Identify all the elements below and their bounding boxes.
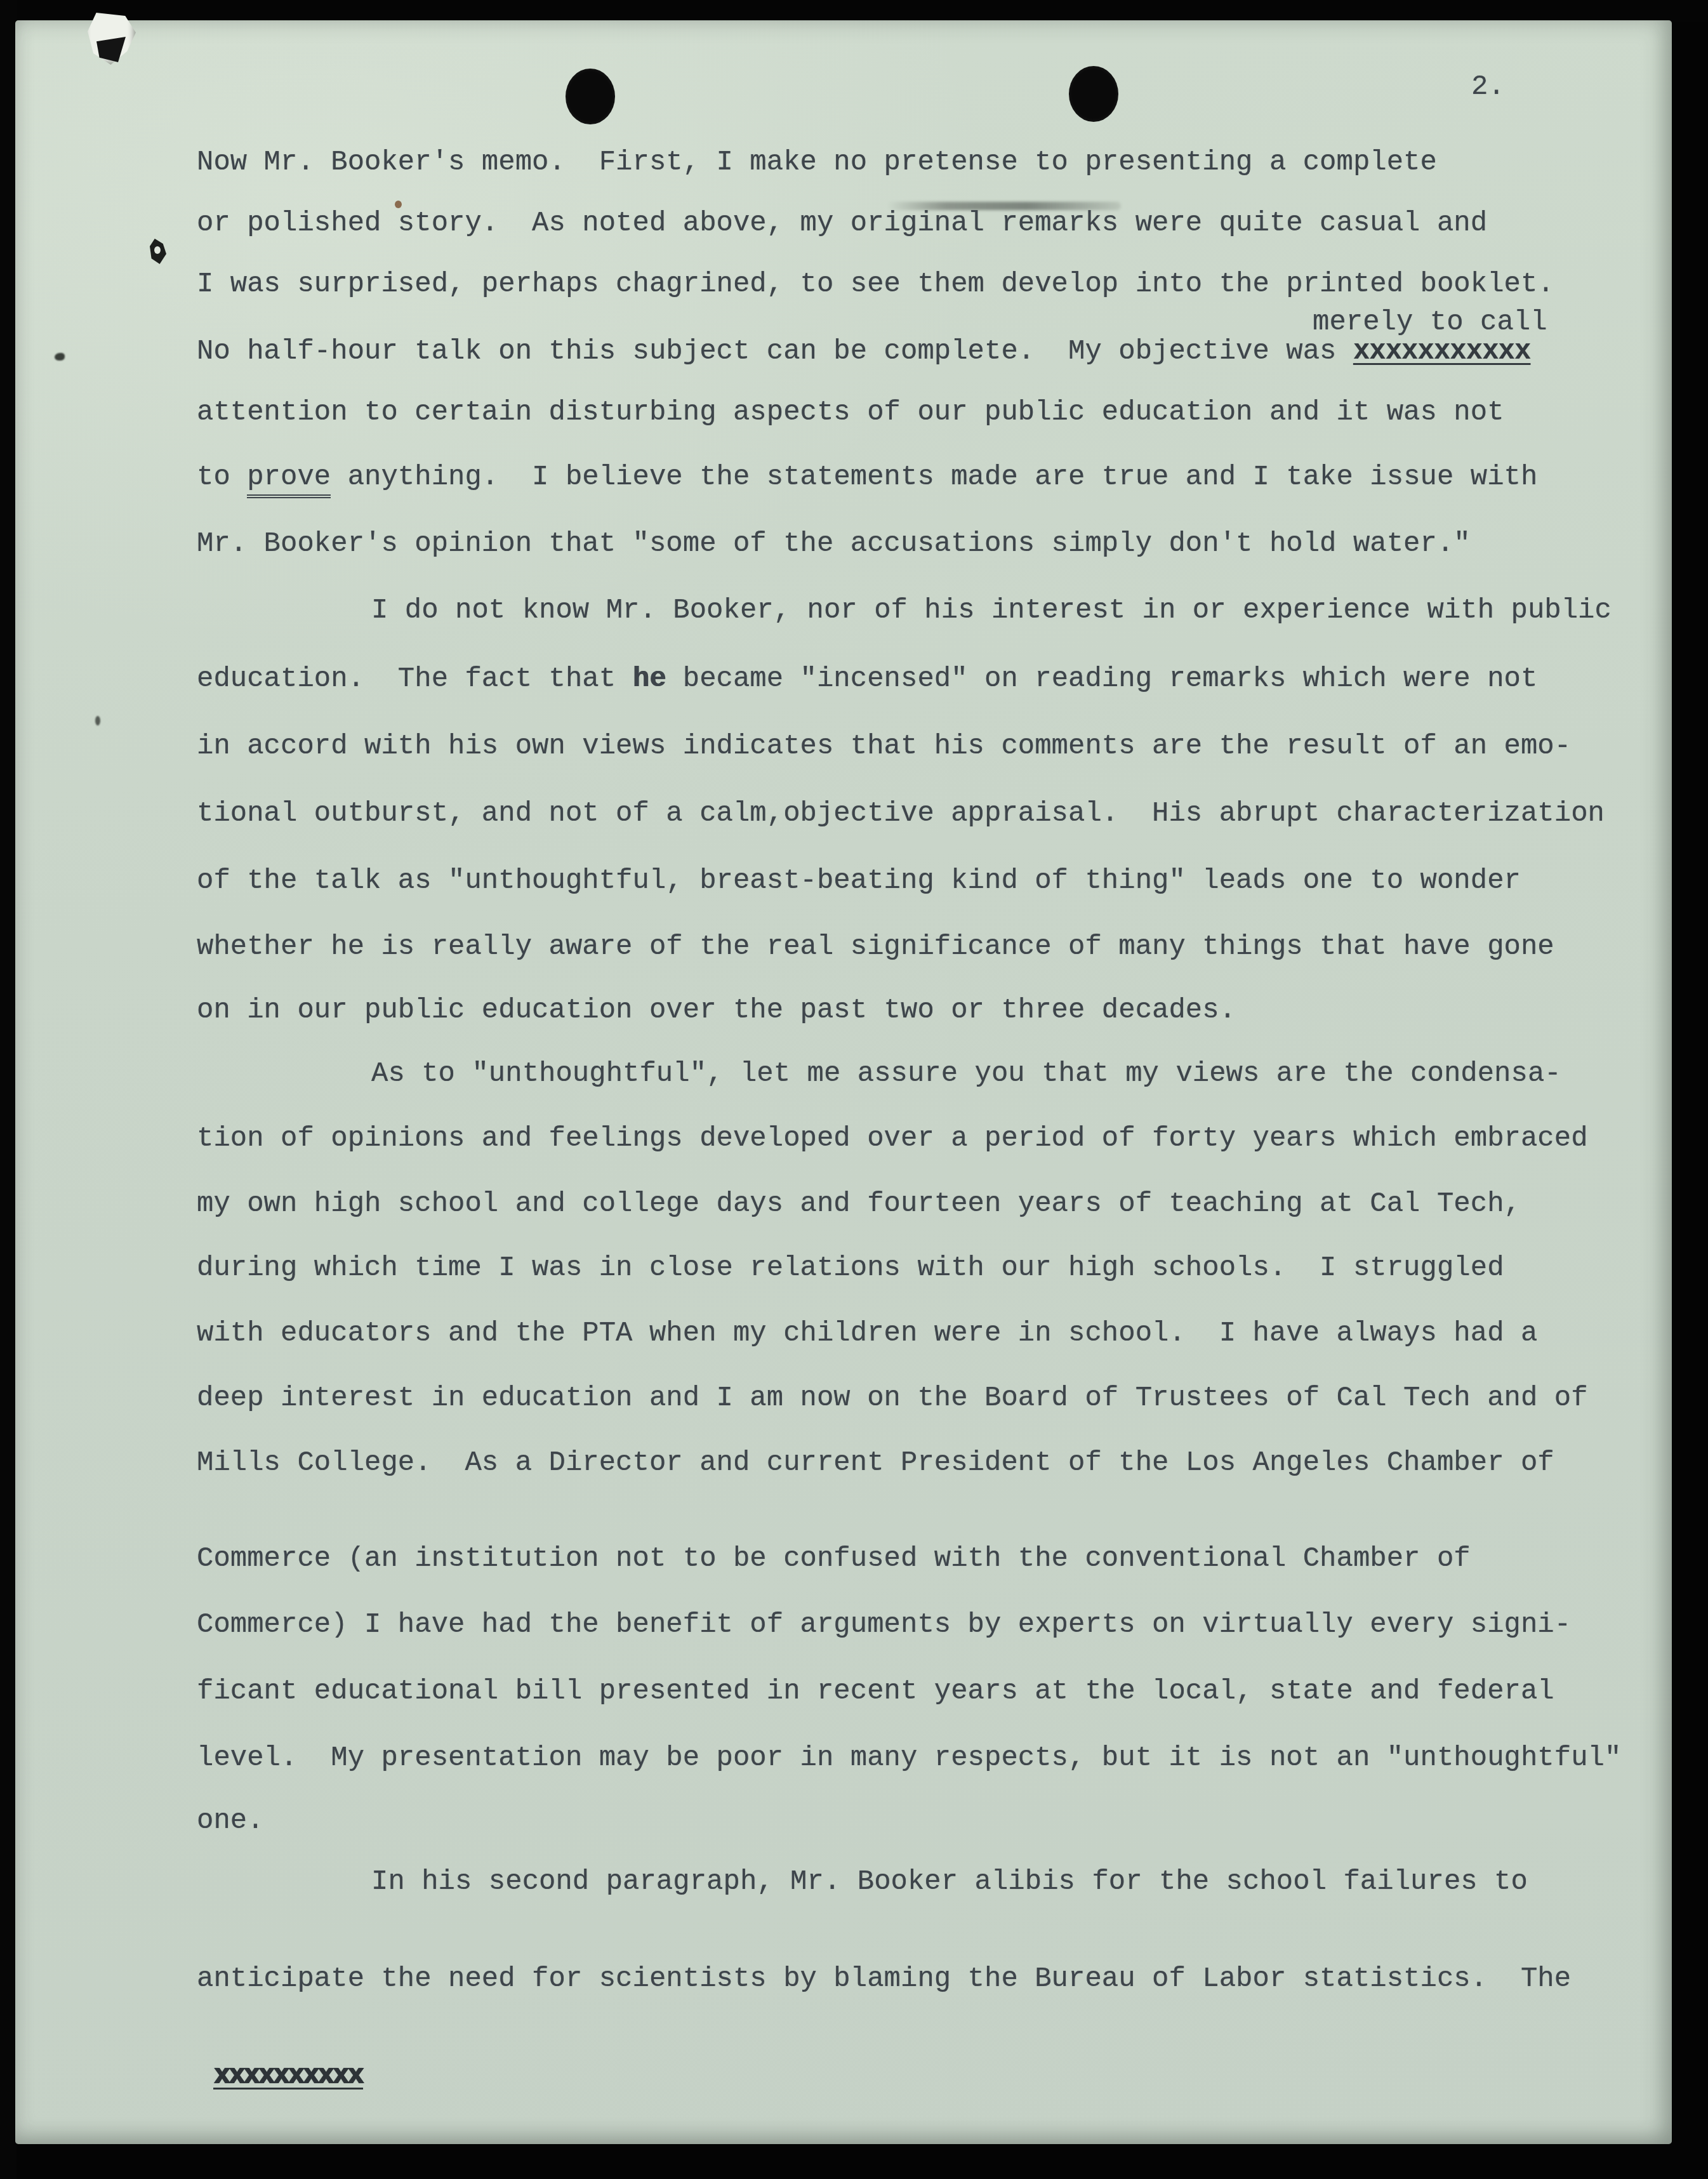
typed-line-21: Mills College. As a Director and current… [197,1449,1554,1477]
typed-line-14: on in our public education over the past… [197,997,1236,1024]
typed-line-12: of the talk as "unthoughtful, breast-bea… [197,867,1521,895]
typed-line-18: during which time I was in close relatio… [197,1254,1504,1282]
typed-line-insert-merely: merely to call [1313,308,1547,336]
typed-segment: In his second paragraph, Mr. Booker alib… [371,1866,1528,1898]
typed-line-23: Commerce) I have had the benefit of argu… [197,1611,1571,1639]
typed-segment-marked: he [633,663,666,695]
typed-segment: Now Mr. Booker's memo. First, I make no … [197,147,1437,178]
typed-line-19: with educators and the PTA when my child… [197,1320,1537,1348]
typed-segment-marked: xxxxxxxxxx [213,2060,362,2092]
typed-line-01: Now Mr. Booker's memo. First, I make no … [197,149,1437,176]
typed-segment: Mills College. As a Director and current… [197,1447,1554,1479]
typed-line-10: in accord with his own views indicates t… [197,732,1571,760]
typed-line-04: No half-hour talk on this subject can be… [197,338,1530,366]
typed-segment: to [197,461,247,493]
typed-line-28: anticipate the need for scientists by bl… [197,1965,1571,1993]
typed-segment: As to "unthoughtful", let me assure you … [371,1058,1561,1090]
typed-line-15: As to "unthoughtful", let me assure you … [371,1060,1561,1088]
typed-line-02: or polished story. As noted above, my or… [197,209,1487,237]
typed-segment: anticipate the need for scientists by bl… [197,1963,1571,1995]
margin-mark [95,716,100,725]
scanned-page: 2. Now Mr. Booker's memo. First, I make … [0,0,1708,2179]
typed-segment: Mr. Booker's opinion that "some of the a… [197,528,1471,560]
typed-segment: deep interest in education and I am now … [197,1382,1588,1414]
typed-line-20: deep interest in education and I am now … [197,1384,1588,1412]
typed-segment: anything. I believe the statements made … [331,461,1537,493]
typed-segment: one. [197,1805,264,1837]
typed-segment: ficant educational bill presented in rec… [197,1676,1554,1707]
typed-segment: I do not know Mr. Booker, nor of his int… [371,595,1612,626]
typed-line-26: one. [197,1807,264,1835]
typed-segment: education. The fact that [197,663,633,695]
typed-line-29-struck: xxxxxxxxxx [213,2062,362,2090]
typed-segment: attention to certain disturbing aspects … [197,397,1504,428]
typed-segment: level. My presentation may be poor in ma… [197,1742,1621,1774]
typed-line-22: Commerce (an institution not to be confu… [197,1545,1471,1573]
typed-segment: became "incensed" on reading remarks whi… [666,663,1537,695]
scan-border-top [0,0,1708,22]
typed-segment: on in our public education over the past… [197,995,1236,1026]
hole-punch-left [566,69,615,124]
typed-line-17: my own high school and college days and … [197,1190,1521,1218]
scan-border-left [0,0,17,2179]
typed-segment: during which time I was in close relatio… [197,1252,1504,1284]
ink-speck [55,353,65,361]
hole-punch-right [1069,66,1118,122]
typed-segment: with educators and the PTA when my child… [197,1318,1537,1349]
typed-segment-marked: prove [247,461,331,498]
typed-line-16: tion of opinions and feelings developed … [197,1125,1588,1153]
typed-line-27: In his second paragraph, Mr. Booker alib… [371,1868,1528,1896]
typed-line-07: Mr. Booker's opinion that "some of the a… [197,530,1471,558]
typed-line-08: I do not know Mr. Booker, nor of his int… [371,597,1612,625]
typed-segment: I was surprised, perhaps chagrined, to s… [197,268,1554,300]
typed-line-24: ficant educational bill presented in rec… [197,1678,1554,1705]
typed-segment: of the talk as "unthoughtful, breast-bea… [197,865,1521,897]
typed-segment: tion of opinions and feelings developed … [197,1123,1588,1155]
typed-segment: merely to call [1313,307,1547,338]
typed-line-13: whether he is really aware of the real s… [197,933,1554,961]
typed-line-05: attention to certain disturbing aspects … [197,399,1504,427]
typed-segment: No half-hour talk on this subject can be… [197,336,1353,368]
typed-segment: Commerce) I have had the benefit of argu… [197,1609,1571,1641]
typed-segment: whether he is really aware of the real s… [197,931,1554,963]
typed-segment: in accord with his own views indicates t… [197,731,1571,762]
typed-segment: my own high school and college days and … [197,1188,1521,1220]
typed-line-09: education. The fact that he became "ince… [197,665,1537,693]
typed-segment-marked: xxxxxxxxxxx [1353,336,1530,368]
typed-line-06: to prove anything. I believe the stateme… [197,463,1537,491]
page-number: 2. [1471,71,1505,103]
typed-line-11: tional outburst, and not of a calm,objec… [197,800,1605,828]
typed-segment: tional outburst, and not of a calm,objec… [197,798,1605,830]
typed-segment: Commerce (an institution not to be confu… [197,1543,1471,1575]
typed-segment: or polished story. As noted above, my or… [197,208,1487,239]
typed-line-03: I was surprised, perhaps chagrined, to s… [197,270,1554,298]
typed-line-25: level. My presentation may be poor in ma… [197,1744,1621,1772]
